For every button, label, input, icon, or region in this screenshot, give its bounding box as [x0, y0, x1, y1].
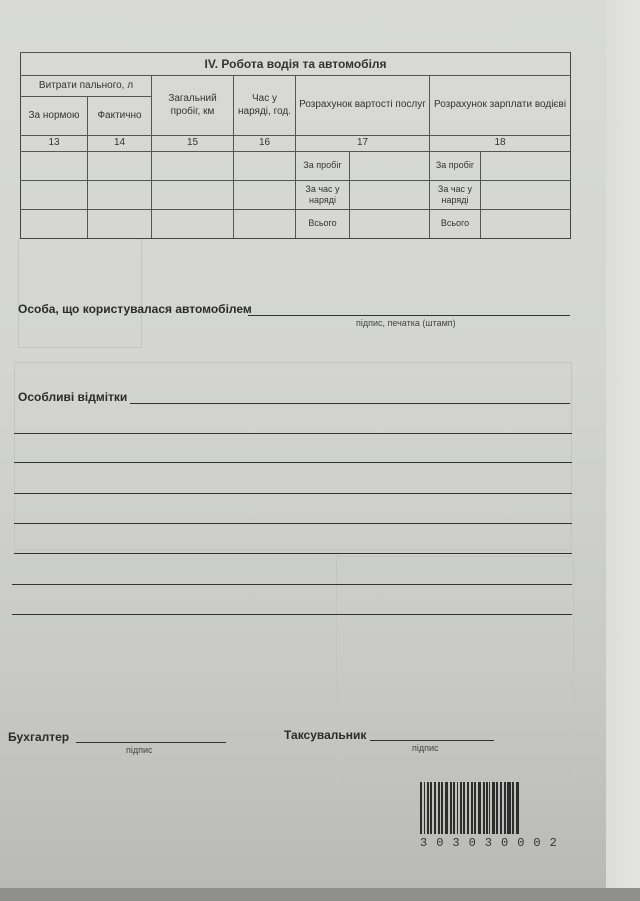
- accountant-label: Бухгалтер: [8, 730, 69, 744]
- special-notes-line[interactable]: [14, 523, 572, 524]
- ghost-table-3: [336, 556, 574, 784]
- fuel-actual-cell[interactable]: [88, 181, 152, 210]
- special-notes-line[interactable]: [14, 553, 572, 554]
- fuel-norm-cell[interactable]: [21, 210, 88, 239]
- page-edge: [606, 0, 640, 901]
- salary-by-mileage-cell[interactable]: [481, 152, 571, 181]
- special-notes-line[interactable]: [14, 493, 572, 494]
- taxer-signature-line[interactable]: [370, 740, 494, 741]
- service-cost-header: Розрахунок вартості послуг: [296, 76, 430, 136]
- service-by-time-label: За час у наряді: [296, 181, 350, 210]
- service-by-mileage-label: За пробіг: [296, 152, 350, 181]
- column-number: 18: [430, 136, 571, 152]
- fuel-norm-header: За нормою: [21, 97, 88, 136]
- accountant-signature-line[interactable]: [76, 742, 226, 743]
- special-notes-label: Особливі відмітки: [18, 390, 127, 404]
- time-cell[interactable]: [234, 181, 296, 210]
- background-strip: [0, 888, 640, 901]
- mileage-cell[interactable]: [152, 210, 234, 239]
- salary-by-time-cell[interactable]: [481, 181, 571, 210]
- fuel-actual-header: Фактично: [88, 97, 152, 136]
- ghost-table-1: [18, 238, 142, 348]
- person-used-caption: підпис, печатка (штамп): [356, 318, 456, 328]
- fuel-group-header: Витрати пального, л: [21, 76, 152, 97]
- person-used-signature-line[interactable]: [248, 315, 570, 316]
- service-total-cell[interactable]: [350, 210, 430, 239]
- column-number: 13: [21, 136, 88, 152]
- column-number: 14: [88, 136, 152, 152]
- salary-total-cell[interactable]: [481, 210, 571, 239]
- fuel-actual-cell[interactable]: [88, 152, 152, 181]
- taxer-label: Таксувальник: [284, 728, 366, 742]
- service-by-time-cell[interactable]: [350, 181, 430, 210]
- fuel-actual-cell[interactable]: [88, 210, 152, 239]
- service-by-mileage-cell[interactable]: [350, 152, 430, 181]
- mileage-cell[interactable]: [152, 152, 234, 181]
- fuel-norm-cell[interactable]: [21, 152, 88, 181]
- time-cell[interactable]: [234, 152, 296, 181]
- special-notes-line[interactable]: [14, 462, 572, 463]
- salary-by-mileage-label: За пробіг: [430, 152, 481, 181]
- driver-salary-header: Розрахунок зарплати водієві: [430, 76, 571, 136]
- time-on-duty-header: Час у наряді, год.: [234, 76, 296, 136]
- total-mileage-header: Загальний пробіг, км: [152, 76, 234, 136]
- time-cell[interactable]: [234, 210, 296, 239]
- special-notes-line[interactable]: [130, 403, 570, 404]
- taxer-caption: підпис: [412, 743, 439, 753]
- section-title: IV. Робота водія та автомобіля: [21, 53, 571, 76]
- salary-total-label: Всього: [430, 210, 481, 239]
- accountant-caption: підпис: [126, 745, 153, 755]
- special-notes-line[interactable]: [14, 433, 572, 434]
- person-used-label: Особа, що користувалася автомобілем: [18, 302, 252, 316]
- column-number: 15: [152, 136, 234, 152]
- column-number: 17: [296, 136, 430, 152]
- special-notes-line[interactable]: [12, 584, 572, 585]
- barcode: [420, 782, 580, 834]
- fuel-norm-cell[interactable]: [21, 181, 88, 210]
- work-table: IV. Робота водія та автомобіля Витрати п…: [20, 52, 571, 239]
- salary-by-time-label: За час у наряді: [430, 181, 481, 210]
- barcode-number: 303030002: [420, 836, 580, 850]
- service-total-label: Всього: [296, 210, 350, 239]
- special-notes-line[interactable]: [12, 614, 572, 615]
- mileage-cell[interactable]: [152, 181, 234, 210]
- column-number: 16: [234, 136, 296, 152]
